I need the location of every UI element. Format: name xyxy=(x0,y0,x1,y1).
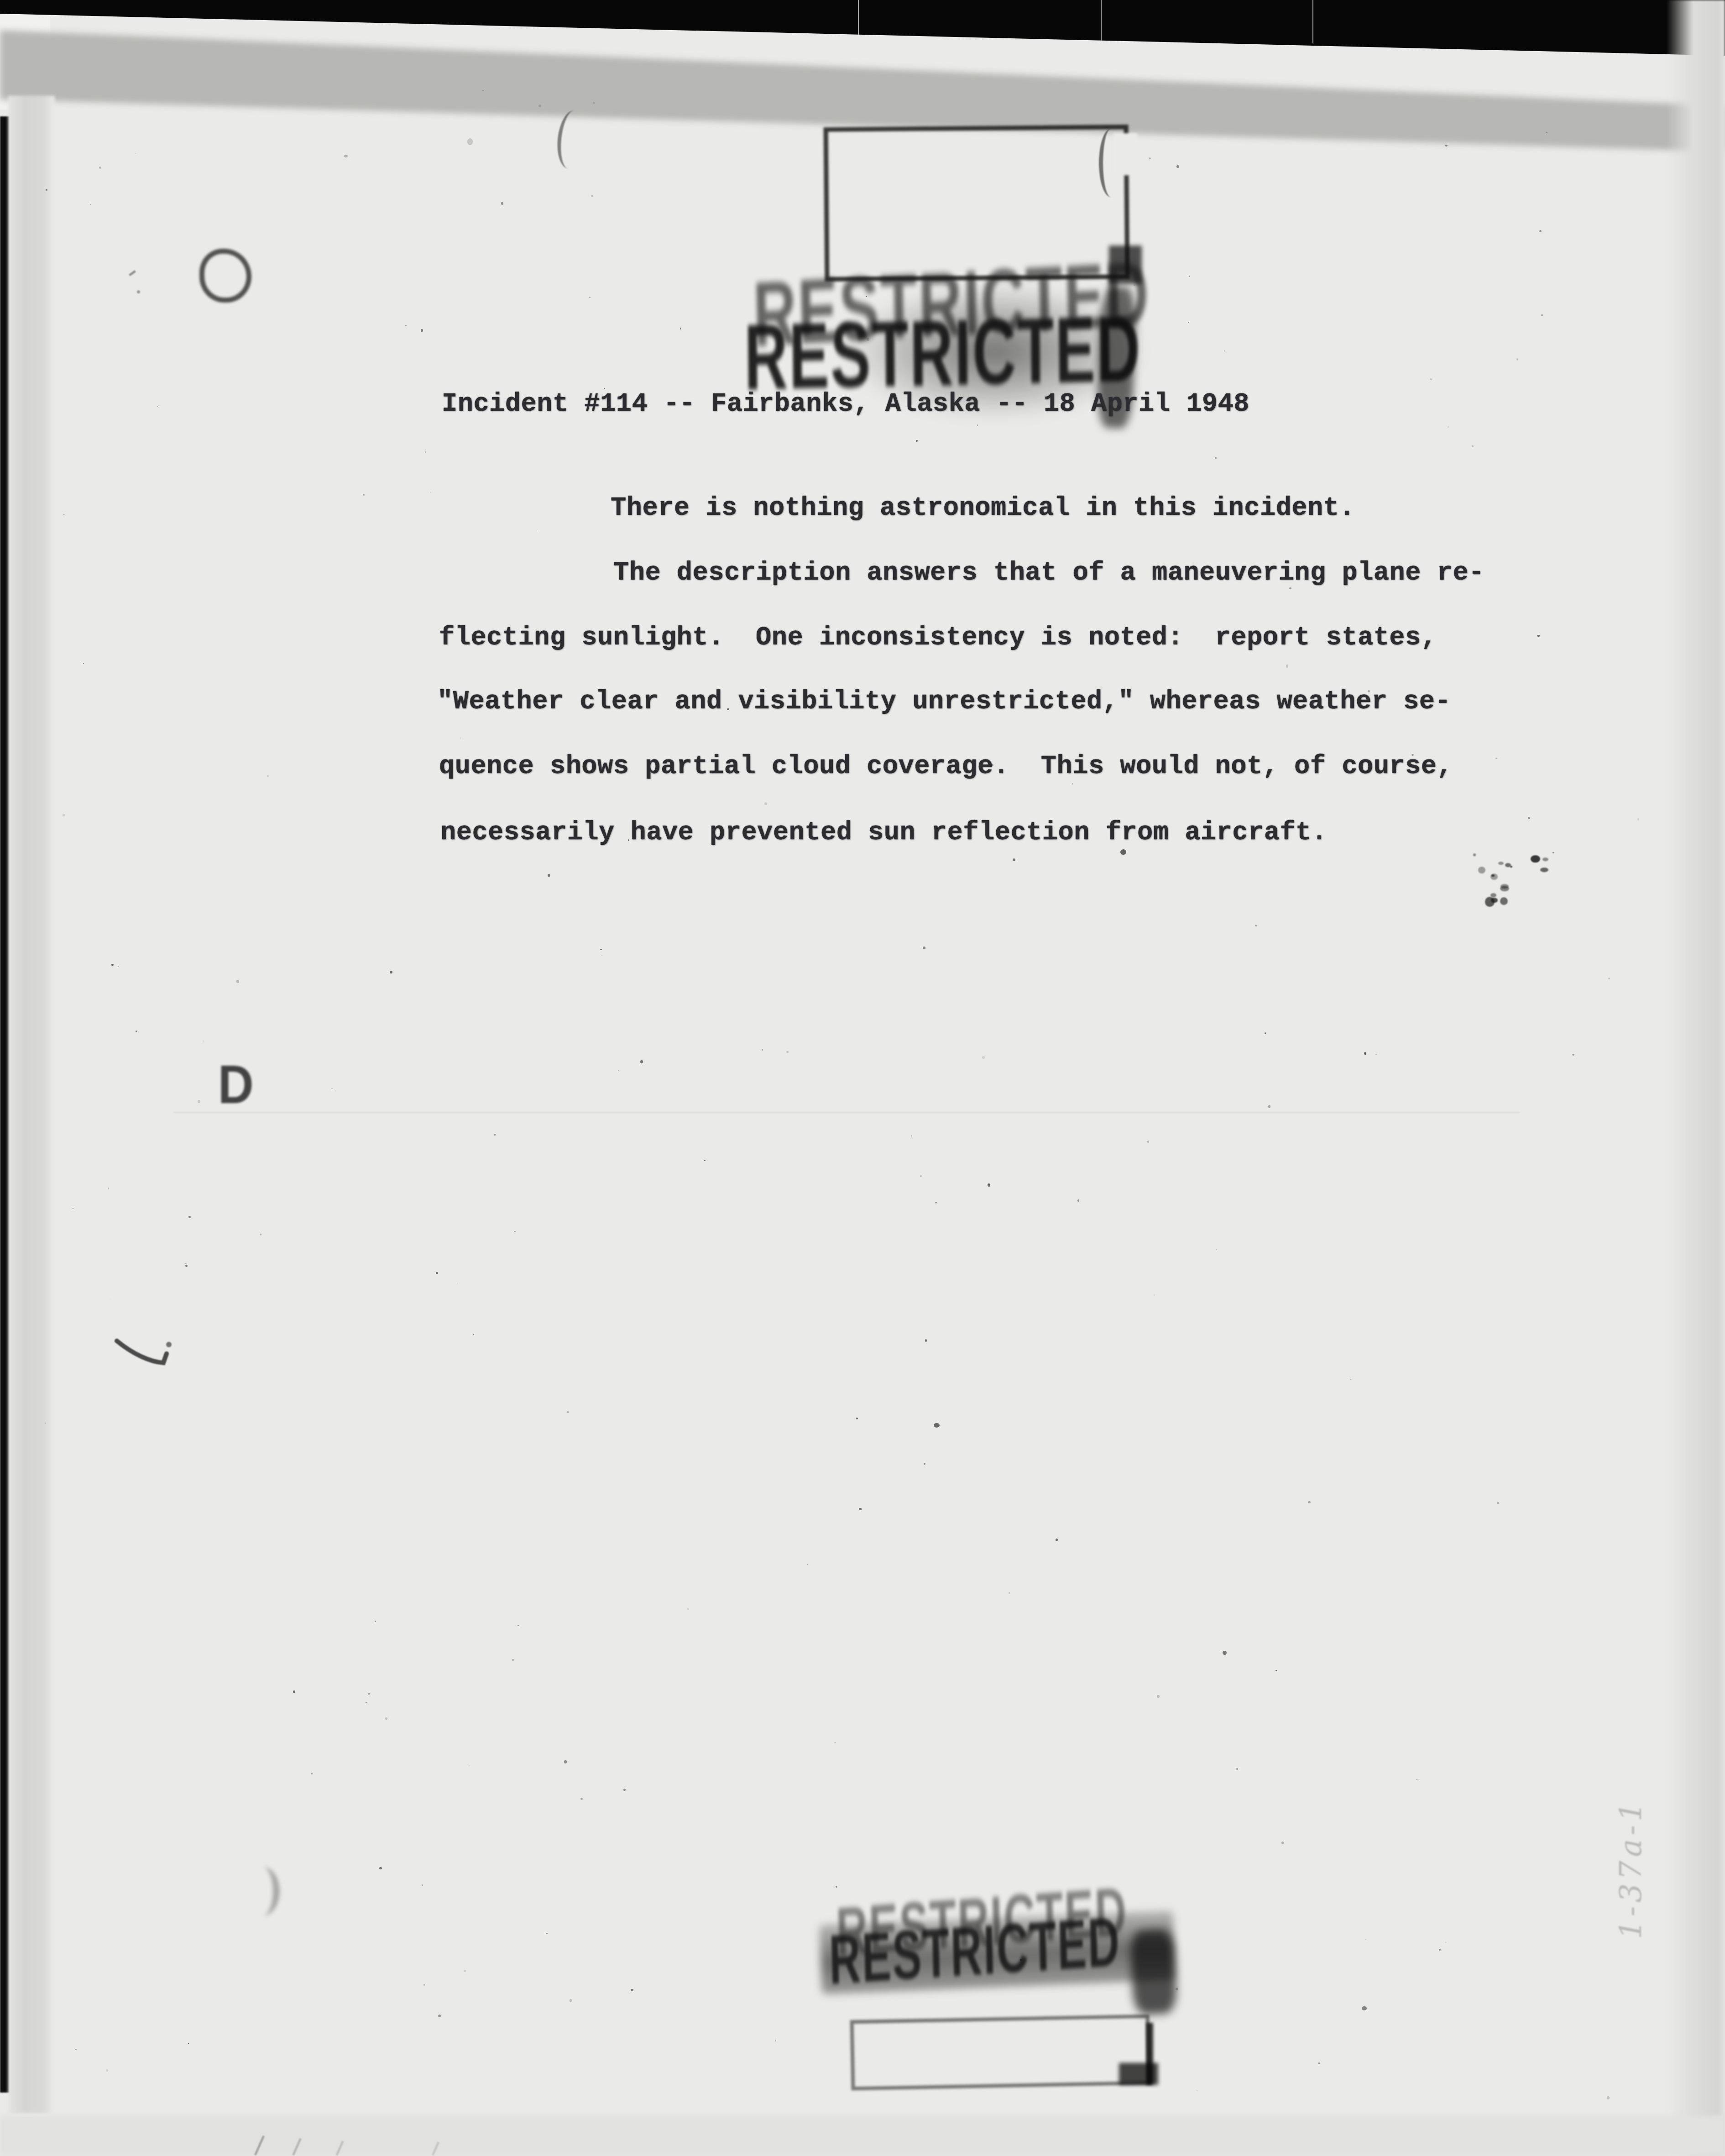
scan-speck xyxy=(1375,1054,1377,1055)
typed-line: There is nothing astronomical in this in… xyxy=(611,496,1355,522)
scan-speck xyxy=(1539,230,1542,232)
scan-speck xyxy=(1445,145,1447,147)
ink-smudge-speck xyxy=(1510,866,1512,868)
scanned-document-page: RESTRICTED RESTRICTED Incident #114 -- F… xyxy=(0,0,1725,2156)
typed-line: necessarily have prevented sun reflectio… xyxy=(440,820,1328,846)
scan-speck xyxy=(687,1608,689,1610)
scan-speck xyxy=(580,1798,583,1800)
scan-speck xyxy=(1448,426,1449,427)
ink-smudge-speck xyxy=(1485,897,1495,906)
scan-speck xyxy=(1281,1842,1284,1844)
scan-speck xyxy=(111,964,113,966)
ink-smudge-speck xyxy=(1531,855,1540,863)
scan-speck xyxy=(75,2049,77,2050)
scan-speck xyxy=(1103,355,1104,356)
ink-smudge-speck xyxy=(1498,862,1504,865)
scan-speck xyxy=(236,980,239,983)
scan-speck xyxy=(1236,1768,1238,1770)
scan-speck xyxy=(267,775,269,777)
scan-speck xyxy=(1286,665,1288,667)
scan-speck xyxy=(564,1760,567,1764)
scan-speck xyxy=(1215,457,1216,459)
pencil-dot-mark xyxy=(137,290,140,293)
scan-speck xyxy=(514,1231,516,1232)
scan-speck xyxy=(1275,1670,1277,1671)
scan-speck xyxy=(1365,1053,1367,1055)
scan-speck xyxy=(470,1765,470,1766)
scan-speck xyxy=(935,1202,937,1204)
scan-speck xyxy=(512,1659,513,1660)
scan-speck xyxy=(1134,284,1135,286)
scan-speck xyxy=(631,1989,633,1991)
scan-speck xyxy=(1497,1502,1499,1504)
handwritten-letter-d: D xyxy=(218,1058,253,1112)
scan-speck xyxy=(1056,1539,1058,1541)
typed-line: quence shows partial cloud coverage. Thi… xyxy=(439,754,1453,780)
scan-speck xyxy=(331,1088,332,1089)
scan-speck xyxy=(188,2043,189,2044)
scan-speck xyxy=(623,1789,626,1791)
scan-speck xyxy=(260,1234,261,1235)
scan-speck xyxy=(1430,378,1432,380)
scan-speck xyxy=(99,167,101,169)
scan-speck xyxy=(836,1886,837,1887)
scan-speck xyxy=(423,1984,425,1986)
scan-speck xyxy=(538,105,541,107)
scan-speck xyxy=(375,1621,376,1622)
scan-speck xyxy=(537,530,538,531)
scan-speck xyxy=(405,325,406,326)
scan-speck xyxy=(1439,1949,1441,1951)
scan-speck xyxy=(856,1418,858,1419)
scan-speck xyxy=(618,1070,619,1071)
typed-line: The description answers that of a maneuv… xyxy=(613,560,1485,586)
stamp-ink-blob-bottom xyxy=(1129,1929,1177,2015)
scan-speck xyxy=(628,839,629,841)
scan-speck xyxy=(311,1773,313,1774)
scan-speck xyxy=(106,2069,108,2072)
scan-speck xyxy=(727,708,729,710)
scan-speck xyxy=(1411,754,1414,756)
stamp-box-bottom xyxy=(850,2015,1151,2091)
scan-speck xyxy=(185,1265,188,1267)
pencil-check-mark xyxy=(113,1334,175,1372)
scan-speck xyxy=(925,1339,927,1342)
scan-speck xyxy=(198,1100,200,1103)
pencil-edge-note: 1-37a-1 xyxy=(1613,1741,1663,1997)
scan-speck xyxy=(1552,852,1554,853)
scan-speck xyxy=(293,1690,295,1693)
scan-speck xyxy=(83,663,84,664)
scan-speck xyxy=(593,102,595,104)
scan-speck xyxy=(1176,1988,1178,1990)
scan-speck xyxy=(548,874,550,877)
handwritten-circle-mark xyxy=(199,249,251,303)
scan-speck xyxy=(680,328,681,330)
stamp-box-bottom-corner-blob xyxy=(1119,2063,1158,2085)
scan-speck xyxy=(1637,818,1639,821)
scan-speck xyxy=(1223,1651,1227,1655)
scan-speck xyxy=(1106,126,1108,128)
restricted-stamp-bottom: RESTRICTED xyxy=(828,1906,1121,1995)
scan-speck xyxy=(920,1175,922,1177)
scan-speck xyxy=(934,1423,940,1428)
smudged-half-stamp-mark xyxy=(245,1867,280,1916)
scan-speck xyxy=(366,1702,366,1703)
typed-heading: Incident #114 -- Fairbanks, Alaska -- 18… xyxy=(442,392,1249,418)
scan-speck xyxy=(1289,587,1291,589)
scan-speck xyxy=(1072,783,1073,785)
scan-speck xyxy=(1176,165,1179,168)
scan-speck xyxy=(1495,758,1497,759)
scan-speck xyxy=(1157,1695,1160,1698)
scan-speck xyxy=(923,947,925,949)
scan-speck xyxy=(1255,925,1257,926)
scan-speck xyxy=(482,90,484,91)
scan-speck xyxy=(601,955,602,956)
scan-speck xyxy=(1365,1939,1366,1940)
scan-speck xyxy=(1516,358,1518,361)
scan-speck xyxy=(460,738,461,738)
scan-speck xyxy=(436,1272,438,1274)
scan-speck xyxy=(924,1463,925,1465)
scan-speck xyxy=(567,1411,569,1413)
scan-speck xyxy=(110,1299,111,1299)
scan-speck xyxy=(438,2015,441,2017)
scan-speck xyxy=(1189,276,1191,277)
scan-speck xyxy=(1154,1294,1155,1295)
scan-speck xyxy=(982,1056,985,1058)
scan-speck xyxy=(1077,1199,1080,1201)
scan-speck xyxy=(118,966,119,967)
typed-line: "Weather clear and visibility unrestrict… xyxy=(437,689,1451,715)
scan-speck xyxy=(379,1867,382,1869)
scan-speck xyxy=(1120,849,1126,855)
typed-text-block: Incident #114 -- Fairbanks, Alaska -- 18… xyxy=(0,0,1725,2156)
scan-speck xyxy=(457,1283,458,1284)
ink-smudge-speck xyxy=(1540,868,1548,872)
scan-speck xyxy=(108,1188,110,1189)
scan-speck xyxy=(1417,1779,1417,1779)
scan-speck xyxy=(762,1049,763,1050)
scan-speck xyxy=(1472,445,1474,447)
ink-smudge-speck xyxy=(1500,897,1508,905)
scan-speck xyxy=(422,1884,423,1886)
scan-speck xyxy=(45,1423,46,1423)
scan-speck xyxy=(385,1717,387,1719)
typed-line: flecting sunlight. One inconsistency is … xyxy=(439,625,1437,651)
scan-speck xyxy=(591,195,593,197)
scan-speck xyxy=(1362,2006,1367,2010)
scan-speck xyxy=(600,949,602,950)
scan-speck xyxy=(1268,1105,1271,1108)
scan-speck xyxy=(867,338,869,341)
